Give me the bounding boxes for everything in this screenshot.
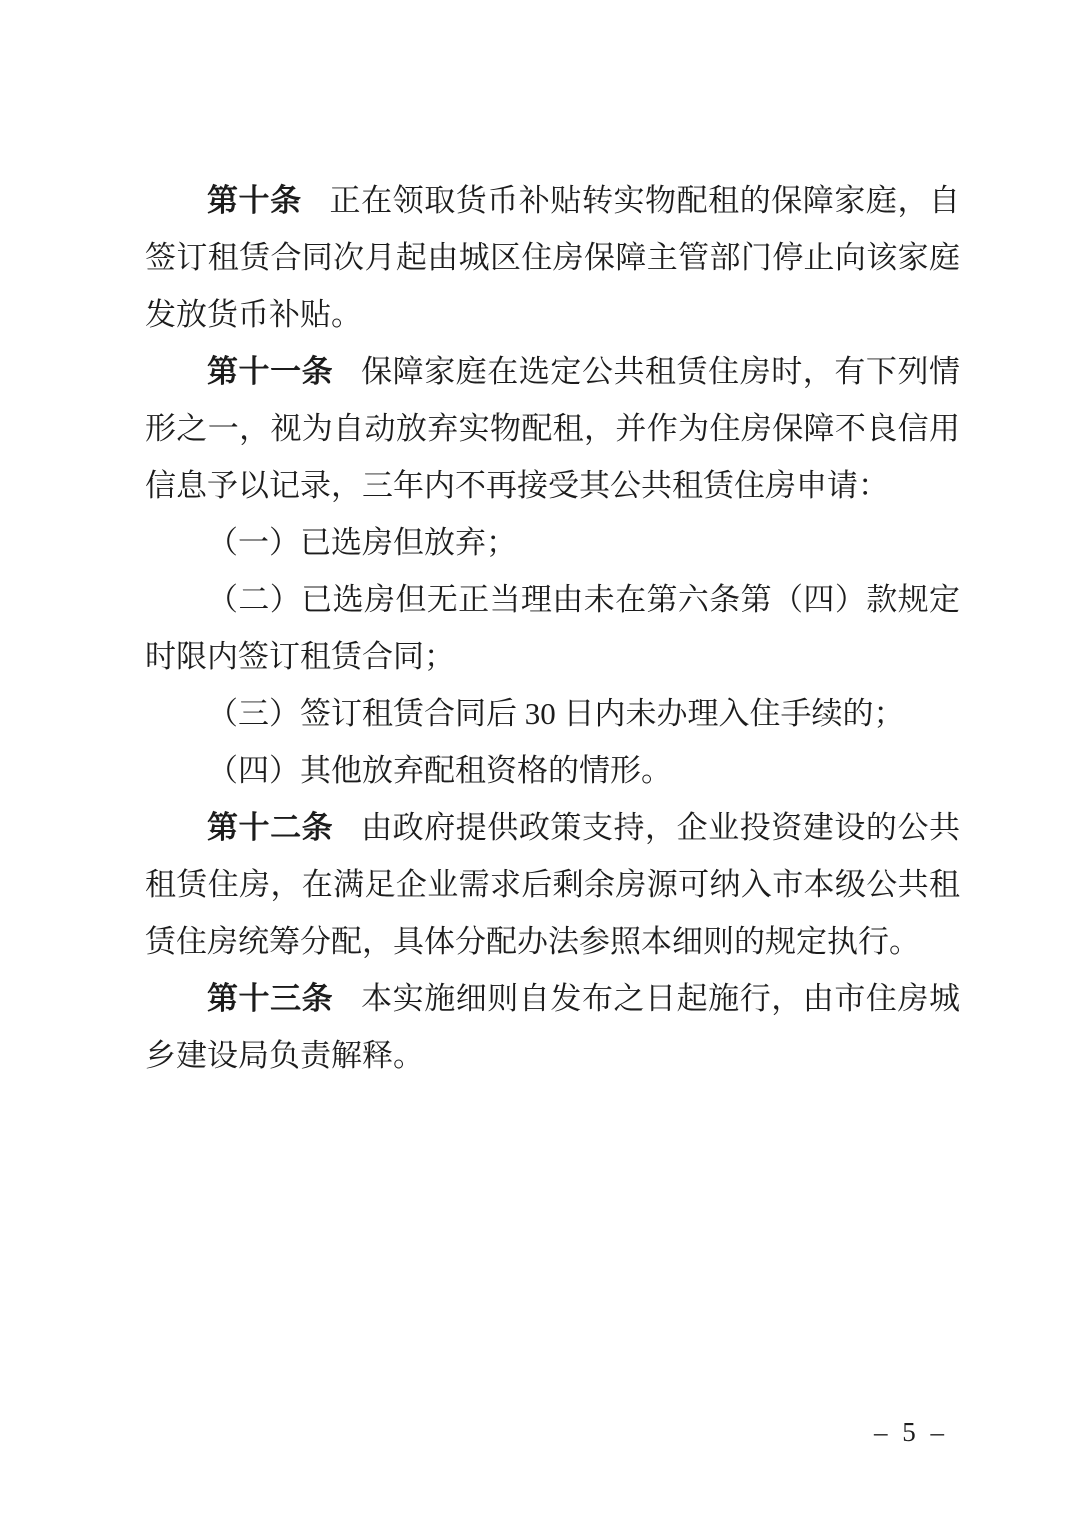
- article-10-number: 第十条: [207, 183, 302, 218]
- article-12: 第十二条由政府提供政策支持，企业投资建设的公共租赁住房，在满足企业需求后剩余房源…: [145, 799, 960, 970]
- article-11-item-1-text: （一）已选房但放弃；: [207, 525, 517, 560]
- document-page: 第十条正在领取货币补贴转实物配租的保障家庭，自签订租赁合同次月起由城区住房保障主…: [0, 0, 1074, 1520]
- article-11-item-4-text: （四）其他放弃配租资格的情形。: [207, 753, 672, 788]
- article-11-item-1: （一）已选房但放弃；: [145, 514, 960, 571]
- article-13: 第十三条本实施细则自发布之日起施行，由市住房城乡建设局负责解释。: [145, 970, 960, 1084]
- article-11: 第十一条保障家庭在选定公共租赁住房时，有下列情形之一，视为自动放弃实物配租，并作…: [145, 343, 960, 514]
- article-11-item-2: （二）已选房但无正当理由未在第六条第（四）款规定时限内签订租赁合同；: [145, 571, 960, 685]
- page-number: – 5 –: [874, 1417, 948, 1448]
- article-12-number: 第十二条: [207, 810, 333, 845]
- article-11-item-3: （三）签订租赁合同后 30 日内未办理入住手续的；: [145, 685, 960, 742]
- article-13-number: 第十三条: [207, 981, 333, 1016]
- document-body: 第十条正在领取货币补贴转实物配租的保障家庭，自签订租赁合同次月起由城区住房保障主…: [145, 172, 960, 1084]
- article-11-item-3-text: （三）签订租赁合同后 30 日内未办理入住手续的；: [207, 696, 905, 731]
- article-11-item-2-text: （二）已选房但无正当理由未在第六条第（四）款规定时限内签订租赁合同；: [145, 582, 960, 674]
- article-10: 第十条正在领取货币补贴转实物配租的保障家庭，自签订租赁合同次月起由城区住房保障主…: [145, 172, 960, 343]
- article-11-item-4: （四）其他放弃配租资格的情形。: [145, 742, 960, 799]
- article-11-number: 第十一条: [207, 354, 333, 389]
